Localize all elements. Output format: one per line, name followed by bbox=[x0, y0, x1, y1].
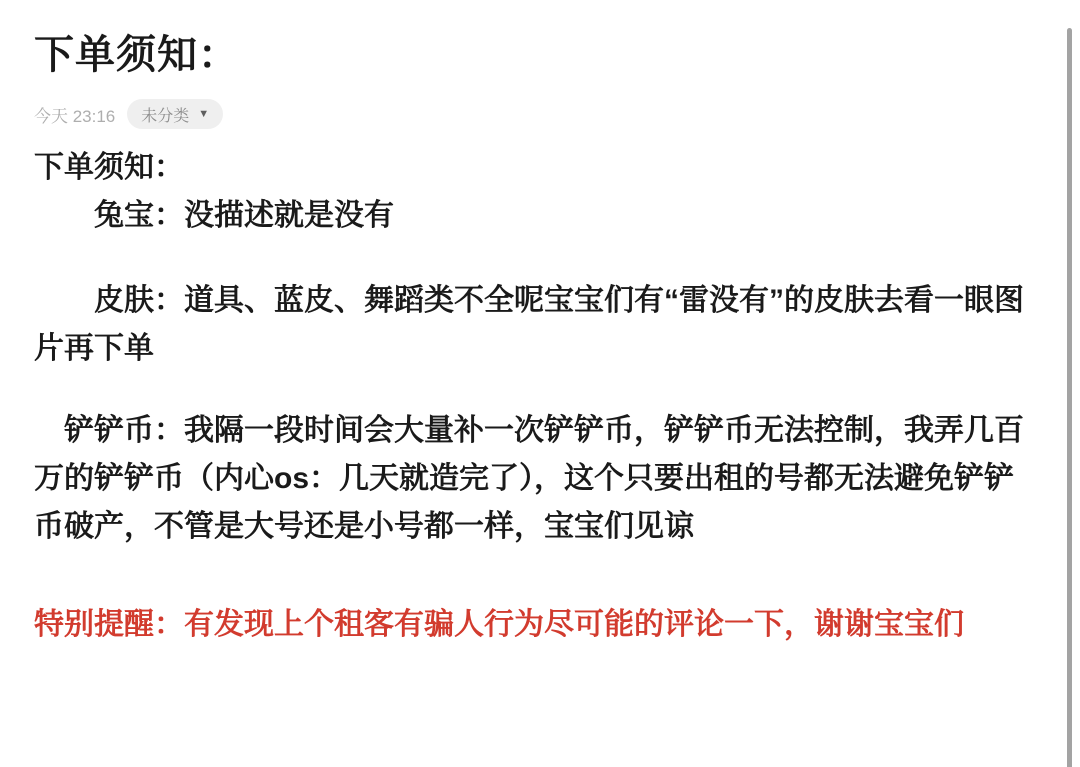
text-line: 下单须知： bbox=[34, 144, 1072, 192]
category-dropdown[interactable]: 未分类 ▼ bbox=[127, 99, 223, 129]
page-title: 下单须知： bbox=[34, 31, 1072, 79]
text-line: 万的铲铲币（内心os：几天就造完了），这个只要出租的号都无法避免铲铲 bbox=[34, 455, 1072, 503]
category-label: 未分类 bbox=[141, 103, 189, 126]
text-line: 皮肤：道具、蓝皮、舞蹈类不全呢宝宝们有“雷没有”的皮肤去看一眼图 bbox=[34, 277, 1072, 325]
text-line: 兔宝：没描述就是没有 bbox=[34, 192, 1072, 240]
paragraph-warning-red: 特别提醒：有发现上个租客有骗人行为尽可能的评论一下，谢谢宝宝们 bbox=[34, 601, 1072, 649]
text-line: 铲铲币：我隔一段时间会大量补一次铲铲币，铲铲币无法控制，我弄几百 bbox=[34, 407, 1072, 455]
meta-row: 今天 23:16 未分类 ▼ bbox=[34, 99, 1072, 129]
paragraph-coins: 铲铲币：我隔一段时间会大量补一次铲铲币，铲铲币无法控制，我弄几百万的铲铲币（内心… bbox=[34, 407, 1072, 551]
article-body: 下单须知： 兔宝：没描述就是没有 皮肤：道具、蓝皮、舞蹈类不全呢宝宝们有“雷没有… bbox=[34, 144, 1072, 649]
scrollbar-thumb[interactable] bbox=[1067, 28, 1072, 767]
chevron-down-icon: ▼ bbox=[198, 109, 209, 120]
post-timestamp: 今天 23:16 bbox=[34, 102, 115, 127]
paragraph-intro: 下单须知： 兔宝：没描述就是没有 bbox=[34, 144, 1072, 240]
article-page: 下单须知： 今天 23:16 未分类 ▼ 下单须知： 兔宝：没描述就是没有 皮肤… bbox=[0, 0, 1080, 767]
text-line: 片再下单 bbox=[34, 325, 1072, 373]
paragraph-skins: 皮肤：道具、蓝皮、舞蹈类不全呢宝宝们有“雷没有”的皮肤去看一眼图片再下单 bbox=[34, 277, 1072, 373]
text-line: 币破产，不管是大号还是小号都一样，宝宝们见谅 bbox=[34, 503, 1072, 551]
text-line: 特别提醒：有发现上个租客有骗人行为尽可能的评论一下，谢谢宝宝们 bbox=[34, 601, 1072, 649]
